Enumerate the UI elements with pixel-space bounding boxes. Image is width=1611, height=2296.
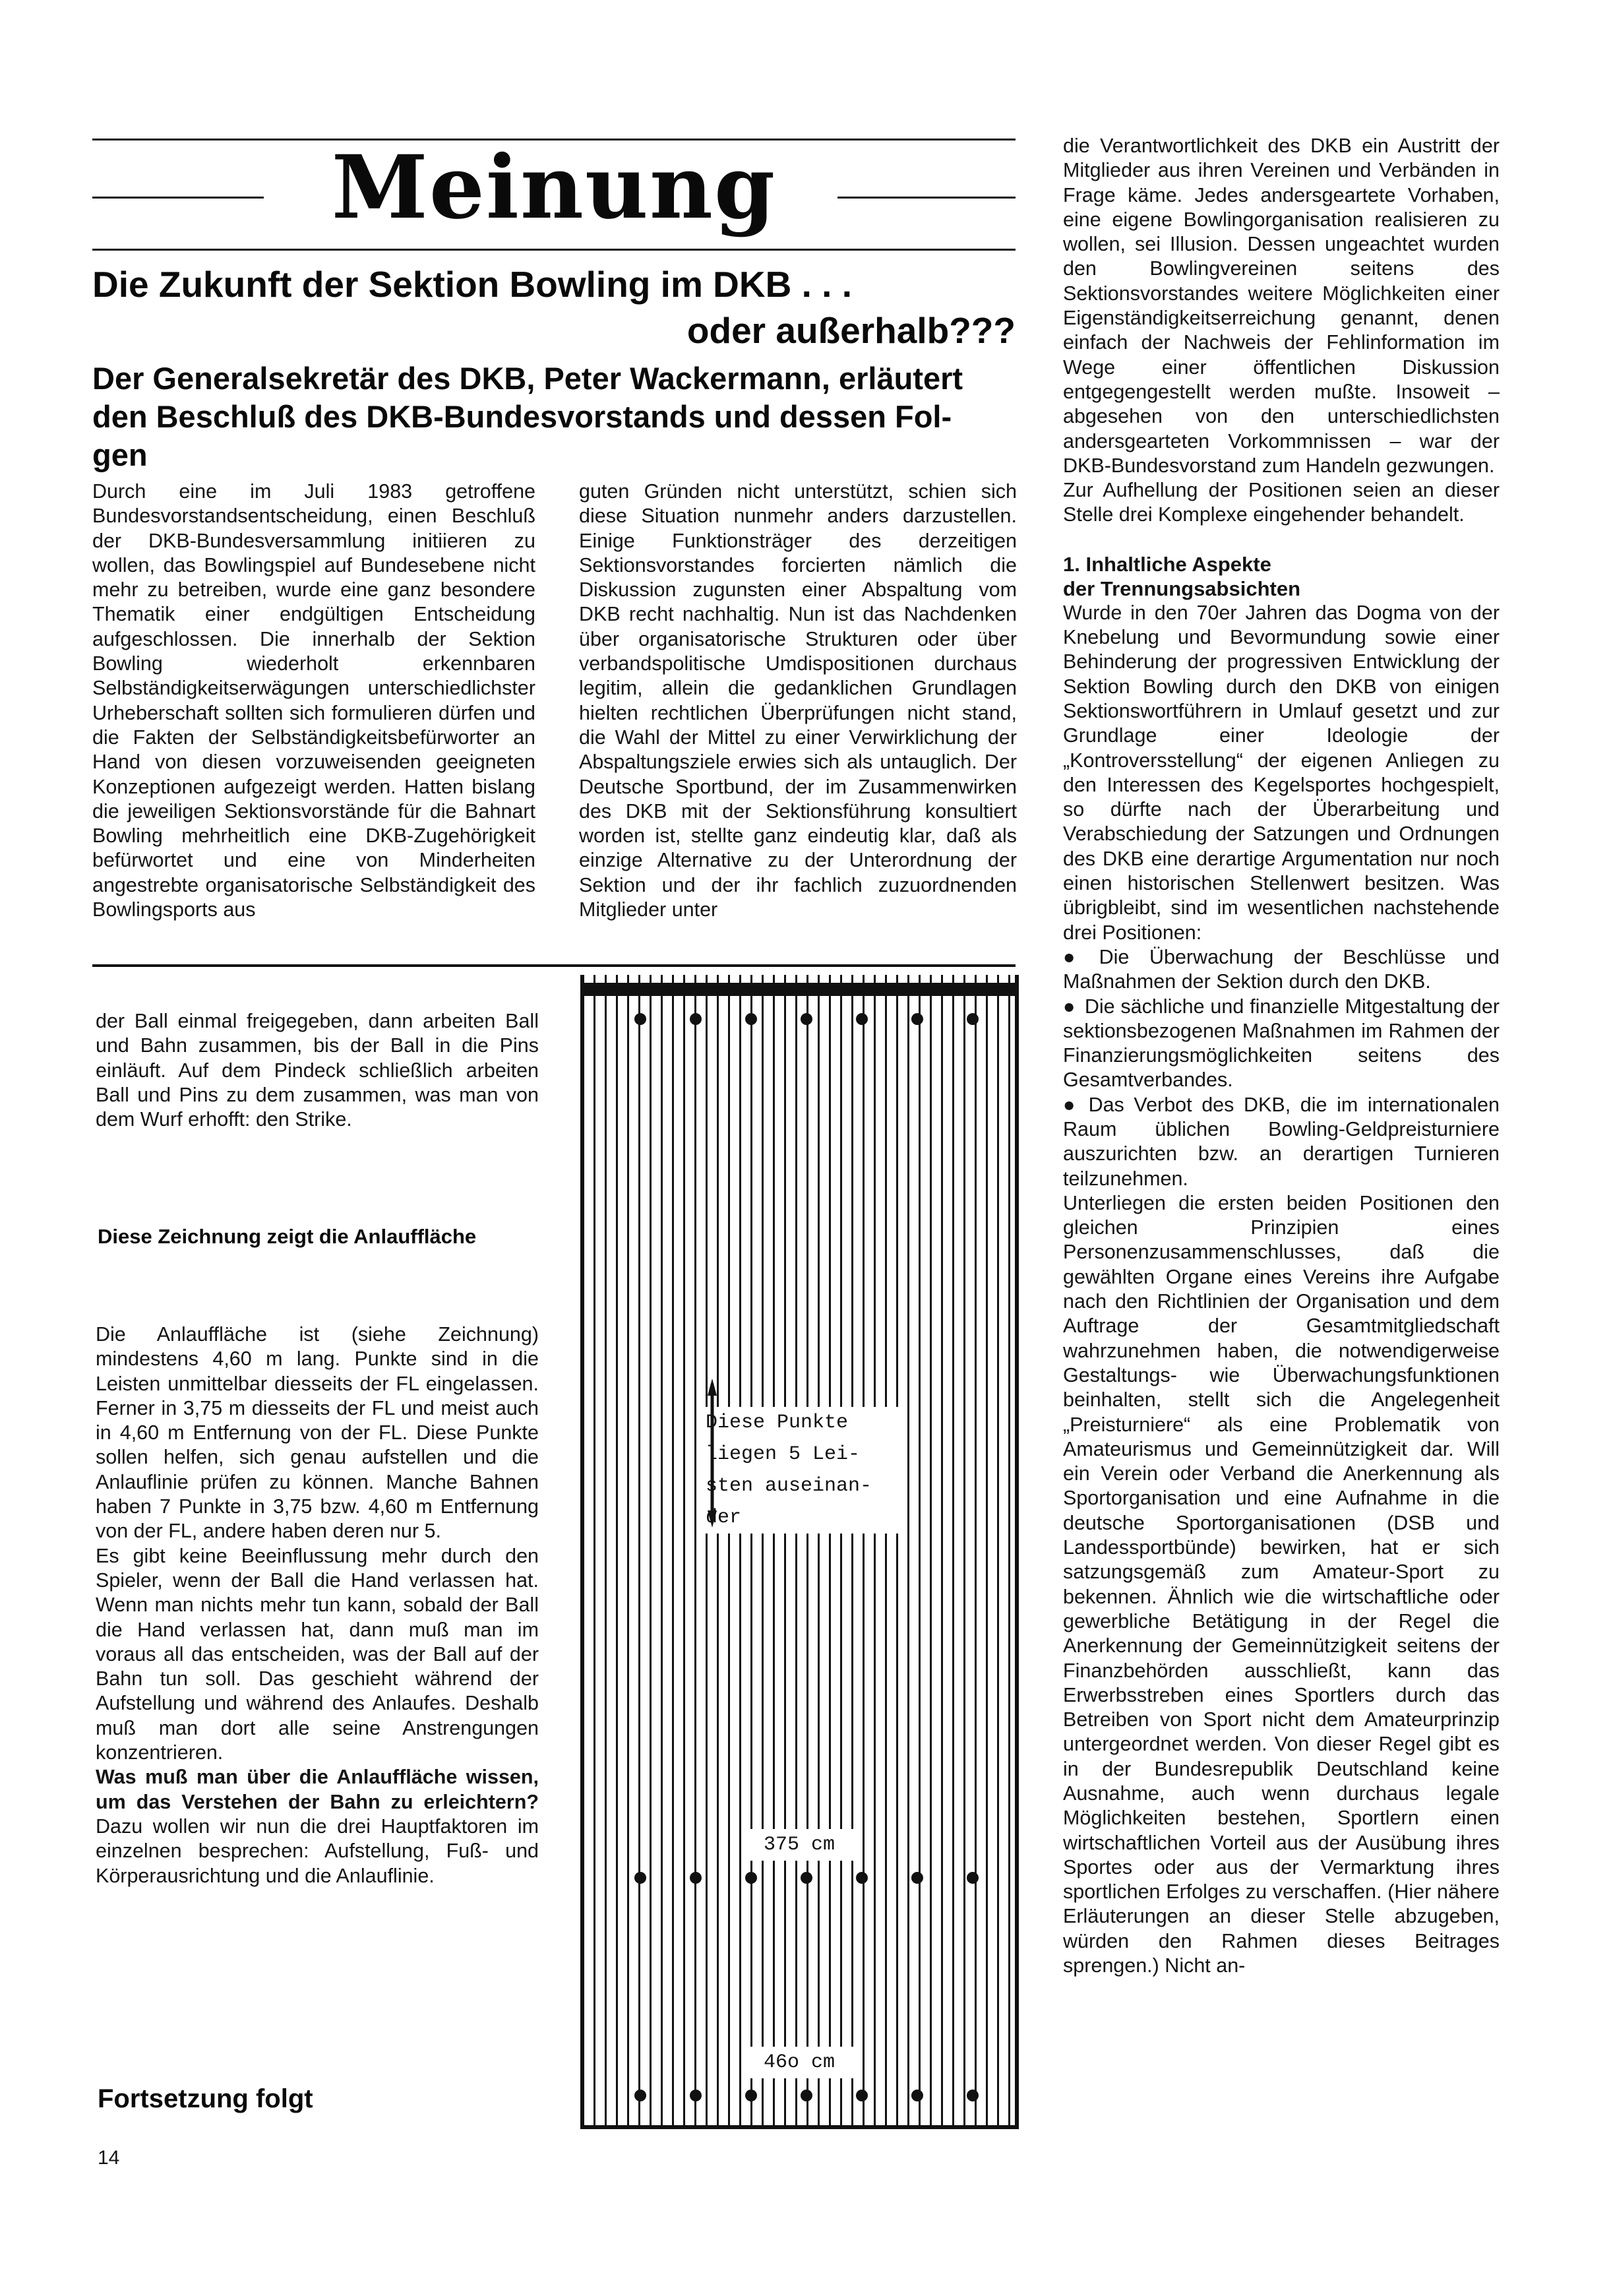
marker-dot [856,2090,868,2101]
approach-area-diagram: Diese Punkte liegen 5 Lei- sten auseinan… [580,975,1019,2129]
section-divider [92,964,1016,967]
question-bold: Was muß man über die Anlauffläche wissen… [96,1766,539,1813]
marker-dot [801,2090,812,2101]
marker-dot [634,1872,646,1884]
masthead-bottom-rule [92,249,1016,251]
section-heading-line2: der Trennungsabsichten [1063,576,1500,601]
annotation-line: liegen 5 Lei- [706,1439,897,1470]
marker-dot [690,2090,702,2101]
continued-note: Fortsetzung folgt [98,2084,313,2114]
masthead: Meinung [92,135,1016,241]
marker-dot [690,1872,702,1884]
lower-left-column-intro: der Ball einmal freigegeben, dann arbeit… [96,1009,539,1132]
lower-left-column-body: Die Anlauffläche ist (siehe Zeichnung) m… [96,1322,539,1888]
headline-line2: oder außerhalb??? [92,309,1016,352]
marker-dot [967,1013,979,1025]
bullet-item: Die Überwachung der Beschlüsse und Maßna… [1063,945,1500,995]
article-paragraph: die Verantwortlichkeit des DKB ein Austr… [1063,134,1500,478]
article-column-2: guten Gründen nicht unterstützt, schien … [579,480,1017,922]
bullet-item: Das Verbot des DKB, die im international… [1063,1093,1500,1191]
subhead-line1: Der Generalsekretär des DKB, Peter Wacke… [92,359,1016,398]
subhead-line2: den Beschluß des DKB-Bundesvorstands und… [92,398,1016,436]
distance-label-375: 375 cm [743,1829,856,1861]
article-paragraph: guten Gründen nicht unterstützt, schien … [579,480,1017,922]
marker-dot [745,1872,757,1884]
masthead-title: Meinung [332,137,776,239]
double-arrow-icon [706,1377,719,1529]
marker-dot [801,1013,812,1025]
article-paragraph: Zur Aufhellung der Positionen seien an d… [1063,478,1500,528]
article-paragraph: Durch eine im Juli 1983 getroffene Bunde… [92,480,535,922]
marker-dot [856,1872,868,1884]
marker-dot [967,2090,979,2101]
subhead-line3: gen [92,436,1016,474]
headline-line1: Die Zukunft der Sektion Bowling im DKB .… [92,263,1016,306]
marker-dot [967,1872,979,1884]
article-paragraph: Wurde in den 70er Jahren das Dogma von d… [1063,601,1500,945]
marker-dot [911,2090,923,2101]
annotation-line: Diese Punkte [706,1407,897,1439]
marker-dot [911,1872,923,1884]
figure-caption: Diese Zeichnung zeigt die Anlauffläche [98,1225,476,1249]
section-heading-line1: 1. Inhaltliche Aspekte [1063,552,1500,576]
marker-dot [745,2090,757,2101]
bullet-item: Die sächliche und finanzielle Mitgestalt… [1063,995,1500,1093]
question-answer: Dazu wollen wir nun die drei Hauptfaktor… [96,1815,539,1887]
foul-line-bar [580,983,1019,996]
marker-dot [911,1013,923,1025]
article-column-3: die Verantwortlichkeit des DKB ein Austr… [1063,134,1500,1978]
marker-dot [634,1013,646,1025]
distance-label-460: 46o cm [743,2047,856,2078]
article-column-1: Durch eine im Juli 1983 getroffene Bunde… [92,480,535,922]
article-paragraph: der Ball einmal freigegeben, dann arbeit… [96,1009,539,1132]
page-number: 14 [98,2147,119,2169]
article-paragraph: Unterliegen die ersten beiden Positionen… [1063,1191,1500,1979]
article-paragraph: Die Anlauffläche ist (siehe Zeichnung) m… [96,1322,539,1544]
annotation-label: Diese Punkte liegen 5 Lei- sten auseinan… [702,1407,901,1534]
marker-dot [690,1013,702,1025]
article-paragraph: Was muß man über die Anlauffläche wissen… [96,1765,539,1888]
marker-dot [856,1013,868,1025]
annotation-line: der [706,1502,897,1534]
marker-dot [801,1872,812,1884]
article-paragraph: Es gibt keine Beeinflussung mehr durch d… [96,1544,539,1766]
annotation-line: sten auseinan- [706,1470,897,1502]
marker-dot [634,2090,646,2101]
marker-dot [745,1013,757,1025]
